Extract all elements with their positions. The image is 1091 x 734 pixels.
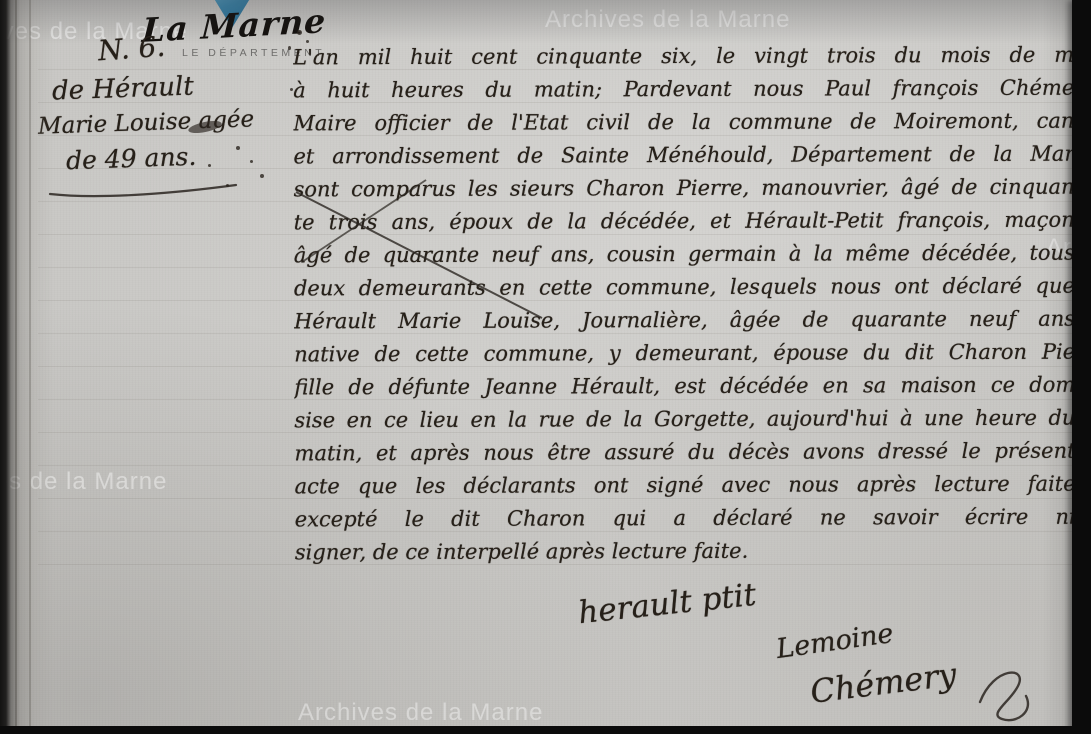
act-line: signer, de ce interpellé après lecture f… [295,534,1076,570]
ink-blot [250,160,253,163]
act-line: sise en ce lieu en la rue de la Gorgette… [294,402,1075,438]
margin-line: de Hérault [52,72,195,107]
act-line: matin, et après nous être assuré du décè… [294,435,1075,471]
signature-flourish [972,662,1050,728]
margin-line: de 49 ans. [66,142,197,176]
document-scan: Archives de la Marne Archives de la Marn… [0,0,1091,734]
scan-edge-bottom [0,726,1091,734]
scan-top-shade [0,0,1091,44]
act-line: te trois ans, époux de la décédée, et Hé… [294,204,1075,240]
act-line: âgé de quarante neuf ans, cousin germain… [294,237,1075,273]
signature-lemoine: Lemoine [774,618,895,665]
act-line: et arrondissement de Sainte Ménéhould, D… [293,138,1074,174]
ink-blot [236,146,240,150]
margin-line: Marie Louise agée [38,106,255,140]
margin-underline-flourish [44,178,244,204]
act-line: excepté le dit Charon qui a déclaré ne s… [295,501,1076,537]
signature-herault-petit: herault ptit [577,577,758,631]
ink-blot [226,184,229,187]
scan-edge-left [0,0,54,734]
act-line: fille de défunte Jeanne Hérault, est déc… [294,369,1075,405]
act-line: Hérault Marie Louise, Journalière, âgée … [294,303,1075,339]
ink-blot [290,88,293,91]
act-line: acte que les déclarants ont signé avec n… [295,468,1076,504]
scan-edge-right [1072,0,1091,734]
act-body: L'an mil huit cent cinquante six, le vin… [293,39,1076,570]
scan-right-shade [1042,0,1072,734]
act-line: à huit heures du matin; Pardevant nous P… [293,72,1074,108]
signature-chemery: Chémery [808,655,958,711]
ink-blot [288,46,291,50]
watermark-archives: Archives de la Marne [298,699,543,727]
act-line: sont comparus les sieurs Charon Pierre, … [294,171,1075,207]
ink-blot [260,174,264,178]
ink-blot [208,164,211,167]
act-line: native de cette commune, y demeurant, ép… [294,336,1075,372]
act-line: deux demeurants en cette commune, lesque… [294,270,1075,306]
act-line: Maire officier de l'Etat civil de la com… [293,105,1074,141]
